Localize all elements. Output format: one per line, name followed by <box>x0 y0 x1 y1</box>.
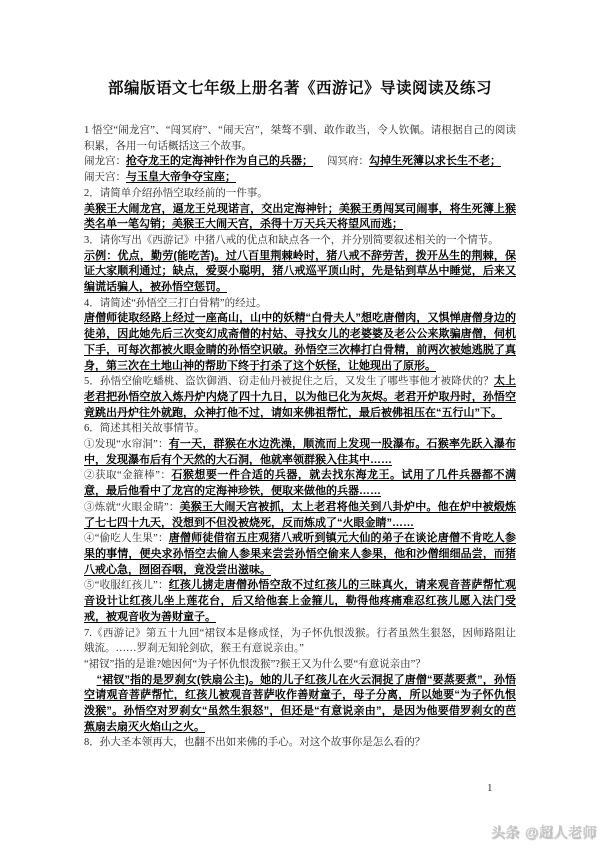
question-7-answer-text: “裙钗”指的是罗刹女(铁扇公主)。她的儿子红孩儿在火云洞捉了唐僧“要蒸要煮”，孙… <box>84 674 516 733</box>
answer-chuang-mingfu: 勾掉生死簿以求长生不老； <box>369 155 501 167</box>
question-1-answers-line: 闹龙宫：抢夺龙王的定海神针作为自己的兵器；闯冥府：勾掉生死簿以求长生不老； <box>84 154 516 170</box>
question-2-answer: 美猴王大闹龙宫，逼龙王兑现诺言，交出定海神针；美猴王勇闯冥司闹事，将生死簿上猴类… <box>84 202 516 233</box>
question-7: 7.《西游记》第五十九回“裙钗本是修成怪，为子怀仇恨泼猴。行者虽然生狠怒，因师路… <box>84 626 516 657</box>
question-3-text: 3．请你写出《西游记》中猪八戒的优点和缺点各一个，并分别简要叙述相关的一个情节。 <box>84 235 499 246</box>
question-1-answer-tiangong: 闹天宫：与玉皇大帝争夺宝座； <box>84 170 516 186</box>
question-4-answer-text: 唐僧师徒取经路上经过一座高山，山中的妖精“白骨夫人”想吃唐僧肉，又惧惮唐僧身边的… <box>84 312 516 371</box>
question-2: 2．请简单介绍孙悟空取经前的一件事。 <box>84 186 516 202</box>
watermark: 头条 @超人老师 <box>491 821 597 841</box>
question-7-answer: “裙钗”指的是罗刹女(铁扇公主)。她的儿子红孩儿在火云洞捉了唐僧“要蒸要煮”，孙… <box>84 673 516 736</box>
question-6-item-4: ④“偷吃人生果”：唐僧师徒借宿五庄观猪八戒听到镇元大仙的弟子在谈论唐僧不肯吃人参… <box>84 531 516 578</box>
question-7-subquestion: “裙钗”指的是谁?她因何“为子怀仇恨泼猴”?猴王又为什么要“有意说亲由”？ <box>84 657 516 673</box>
question-6-item-2: ②获取“金箍棒”：石猴想要一件合适的兵器，就去找东海龙王。试用了几件兵器都不满意… <box>84 468 516 499</box>
label-nao-longgong: 闹龙宫： <box>84 156 126 167</box>
question-7-text: 7.《西游记》第五十九回“裙钗本是修成怪，为子怀仇恨泼猴。行者虽然生狠怒，因师路… <box>84 628 516 655</box>
question-7-subquestion-text: “裙钗”指的是谁?她因何“为子怀仇恨泼猴”?猴王又为什么要“有意说亲由”？ <box>84 659 426 670</box>
question-1-text: 1 悟空“闹龙宫”、“闯冥府”、“闹天宫”，桀骜不驯、敢作敢当，令人钦佩。请根据… <box>84 125 516 152</box>
answer-nao-tiangong: 与玉皇大帝争夺宝座； <box>126 171 236 183</box>
document-body: 1 悟空“闹龙宫”、“闯冥府”、“闹天宫”，桀骜不驯、敢作敢当，令人钦佩。请根据… <box>84 123 516 751</box>
question-3: 3．请你写出《西游记》中猪八戒的优点和缺点各一个，并分别简要叙述相关的一个情节。 <box>84 233 516 249</box>
question-6-item-1: ①发现“水帘洞”：有一天，群猴在水边洗澡，顺流而上发现一股瀑布。石猴率先跃入瀑布… <box>84 437 516 468</box>
label-chuang-mingfu: 闯冥府： <box>327 156 369 167</box>
question-8: 8．孙大圣本领再大，也翻不出如来佛的手心。对这个故事你是怎么看的？ <box>84 735 516 751</box>
page-title: 部编版语文七年级上册名著《西游记》导读阅读及练习 <box>84 76 516 98</box>
item-4-label: ④“偷吃人生果”： <box>84 533 169 544</box>
question-4: 4．请简述“孙悟空三打白骨精”的经过。 <box>84 296 516 312</box>
document-page: 部编版语文七年级上册名著《西游记》导读阅读及练习 1 悟空“闹龙宫”、“闯冥府”… <box>0 0 600 848</box>
question-2-answer-text: 美猴王大闹龙宫，逼龙王兑现诺言，交出定海神针；美猴王勇闯冥司闹事，将生死簿上猴类… <box>84 203 516 231</box>
question-8-text: 8．孙大圣本领再大，也翻不出如来佛的手心。对这个故事你是怎么看的？ <box>84 737 425 748</box>
question-5: 5．孙悟空偷吃蟠桃、盗饮御酒、窃走仙丹被捉住之后，又发生了哪些事他才被降伏的？太… <box>84 374 516 421</box>
question-6-item-5: ⑤“收服红孩儿”：红孩儿掳走唐僧孙悟空敌不过红孩儿的三昧真火，请来观音菩萨帮忙观… <box>84 578 516 625</box>
item-1-label: ①发现“水帘洞”： <box>84 439 169 450</box>
page-number: 1 <box>487 782 493 794</box>
label-nao-tiangong: 闹天宫： <box>84 172 126 183</box>
question-4-answer: 唐僧师徒取经路上经过一座高山，山中的妖精“白骨夫人”想吃唐僧肉，又惧惮唐僧身边的… <box>84 311 516 374</box>
question-6-item-3: ③炼就“火眼金睛”：美猴王大闹天宫被抓，太上老君将他关到八卦炉中。他在炉中被煅炼… <box>84 500 516 531</box>
item-2-label: ②获取“金箍棒”： <box>84 470 171 481</box>
question-4-text: 4．请简述“孙悟空三打白骨精”的经过。 <box>84 298 267 309</box>
question-6: 6．简述其相关故事情节。 <box>84 421 516 437</box>
question-1: 1 悟空“闹龙宫”、“闯冥府”、“闹天宫”，桀骜不驯、敢作敢当，令人钦佩。请根据… <box>84 123 516 154</box>
question-3-answer-text: 示例：优点，勤劳(能吃苦)。过八百里荆棘岭时，猪八戒不辞劳苦，拨开丛生的荆棘，保… <box>84 250 516 293</box>
item-5-label: ⑤“收服红孩儿”： <box>84 580 169 591</box>
question-2-text: 2．请简单介绍孙悟空取经前的一件事。 <box>84 188 268 199</box>
question-6-text: 6．简述其相关故事情节。 <box>84 423 205 434</box>
item-3-label: ③炼就“火眼金睛”： <box>84 502 180 513</box>
question-3-answer: 示例：优点，勤劳(能吃苦)。过八百里荆棘岭时，猪八戒不辞劳苦，拨开丛生的荆棘，保… <box>84 249 516 296</box>
question-5-text: 5．孙悟空偷吃蟠桃、盗饮御酒、窃走仙丹被捉住之后，又发生了哪些事他才被降伏的？ <box>84 376 494 387</box>
answer-nao-longgong: 抢夺龙王的定海神针作为自己的兵器； <box>126 155 313 167</box>
